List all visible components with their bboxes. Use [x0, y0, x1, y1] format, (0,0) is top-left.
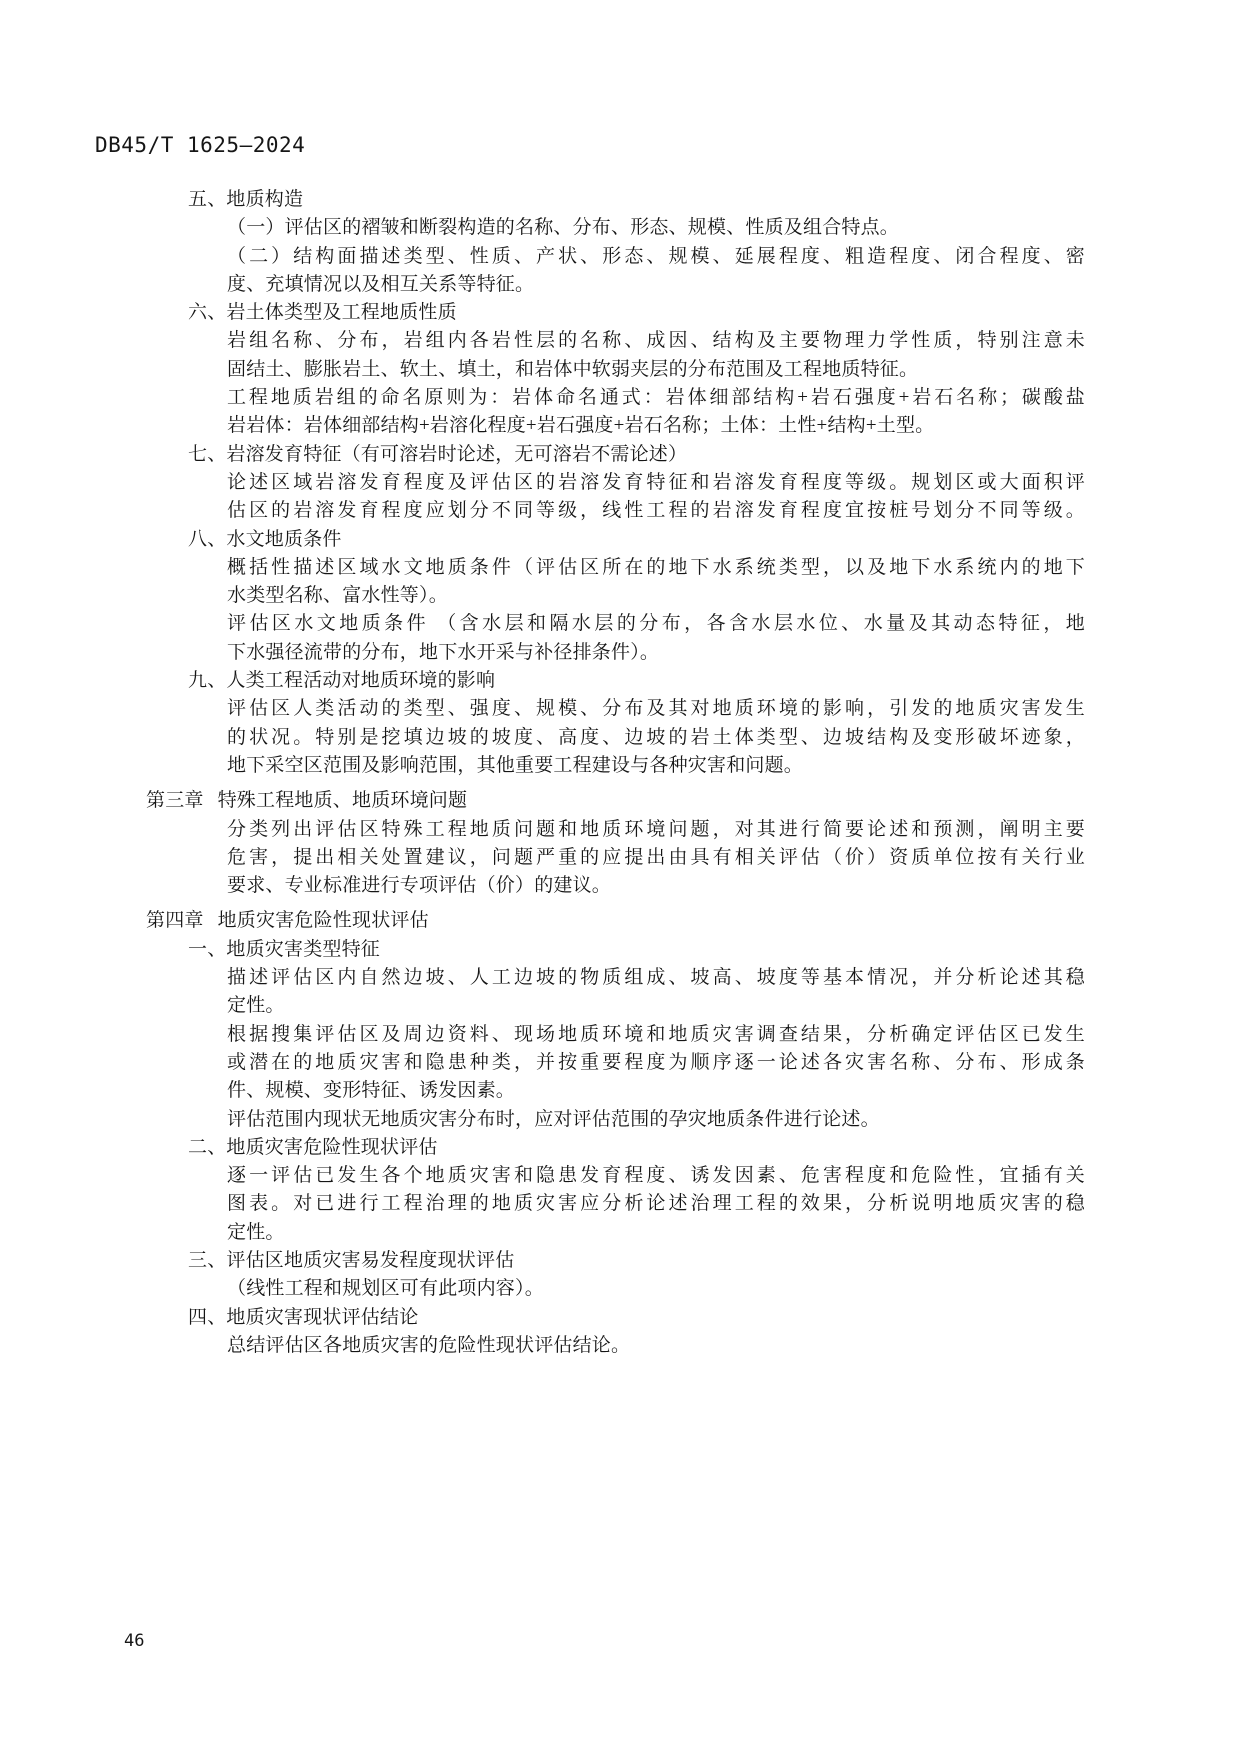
document-body: 五、地质构造（一）评估区的褶皱和断裂构造的名称、分布、形态、规模、性质及组合特点… [0, 186, 1241, 1360]
list-item-heading: 五、地质构造 [188, 186, 1241, 214]
paragraph-line: 要求、专业标准进行专项评估（价）的建议。 [227, 872, 1085, 900]
paragraph-line: 度、充填情况以及相互关系等特征。 [227, 271, 1085, 299]
paragraph-line: 危害，提出相关处置建议，问题严重的应提出由具有相关评估（价）资质单位按有关行业 [227, 844, 1085, 872]
chapter-heading: 第四章地质灾害危险性现状评估 [146, 907, 1241, 935]
paragraph-line: 或潜在的地质灾害和隐患种类，并按重要程度为顺序逐一论述各灾害名称、分布、形成条 [227, 1049, 1085, 1077]
chapter-heading: 第三章特殊工程地质、地质环境问题 [146, 787, 1241, 815]
paragraph-line: 总结评估区各地质灾害的危险性现状评估结论。 [227, 1332, 1085, 1360]
paragraph-line: （一）评估区的褶皱和断裂构造的名称、分布、形态、规模、性质及组合特点。 [227, 214, 1085, 242]
paragraph-line: 定性。 [227, 992, 1085, 1020]
document-page: DB45/T 1625—2024 五、地质构造（一）评估区的褶皱和断裂构造的名称… [0, 0, 1241, 1755]
paragraph-line: 岩组名称、分布，岩组内各岩性层的名称、成因、结构及主要物理力学性质，特别注意未 [227, 327, 1085, 355]
chapter-title: 特殊工程地质、地质环境问题 [218, 790, 468, 811]
paragraph-line: 图表。对已进行工程治理的地质灾害应分析论述治理工程的效果，分析说明地质灾害的稳 [227, 1190, 1085, 1218]
paragraph-line: 评估区水文地质条件 （含水层和隔水层的分布，各含水层水位、水量及其动态特征，地 [227, 610, 1085, 638]
paragraph-line: 件、规模、变形特征、诱发因素。 [227, 1077, 1085, 1105]
paragraph-line: 下水强径流带的分布，地下水开采与补径排条件）。 [227, 639, 1085, 667]
paragraph-line: 评估区人类活动的类型、强度、规模、分布及其对地质环境的影响，引发的地质灾害发生 [227, 695, 1085, 723]
paragraph-line: 地下采空区范围及影响范围，其他重要工程建设与各种灾害和问题。 [227, 752, 1085, 780]
list-item-heading: 六、岩土体类型及工程地质性质 [188, 299, 1241, 327]
list-item-heading: 一、地质灾害类型特征 [188, 936, 1241, 964]
paragraph-line: 根据搜集评估区及周边资料、现场地质环境和地质灾害调查结果，分析确定评估区已发生 [227, 1021, 1085, 1049]
list-item-heading: 四、地质灾害现状评估结论 [188, 1304, 1241, 1332]
list-item-heading: 三、评估区地质灾害易发程度现状评估 [188, 1247, 1241, 1275]
paragraph-line: 定性。 [227, 1219, 1085, 1247]
paragraph-line: 的状况。特别是挖填边坡的坡度、高度、边坡的岩土体类型、边坡结构及变形破坏迹象， [227, 724, 1085, 752]
chapter-label: 第三章 [146, 790, 204, 811]
paragraph-line: 岩岩体：岩体细部结构+岩溶化程度+岩石强度+岩石名称；土体：土性+结构+土型。 [227, 412, 1085, 440]
chapter-label: 第四章 [146, 910, 204, 931]
chapter-title: 地质灾害危险性现状评估 [218, 910, 429, 931]
paragraph-line: 估区的岩溶发育程度应划分不同等级，线性工程的岩溶发育程度宜按桩号划分不同等级。 [227, 497, 1085, 525]
paragraph-line: 固结土、膨胀岩土、软土、填土，和岩体中软弱夹层的分布范围及工程地质特征。 [227, 356, 1085, 384]
paragraph-line: 水类型名称、富水性等）。 [227, 582, 1085, 610]
list-item-heading: 二、地质灾害危险性现状评估 [188, 1134, 1241, 1162]
paragraph-line: 分类列出评估区特殊工程地质问题和地质环境问题，对其进行简要论述和预测，阐明主要 [227, 816, 1085, 844]
list-item-heading: 七、岩溶发育特征（有可溶岩时论述，无可溶岩不需论述） [188, 441, 1241, 469]
list-item-heading: 九、人类工程活动对地质环境的影响 [188, 667, 1241, 695]
paragraph-line: 工程地质岩组的命名原则为：岩体命名通式：岩体细部结构+岩石强度+岩石名称；碳酸盐 [227, 384, 1085, 412]
paragraph-line: 概括性描述区域水文地质条件（评估区所在的地下水系统类型，以及地下水系统内的地下 [227, 554, 1085, 582]
page-number: 46 [124, 1631, 144, 1651]
list-item-heading: 八、水文地质条件 [188, 526, 1241, 554]
paragraph-line: （二）结构面描述类型、性质、产状、形态、规模、延展程度、粗造程度、闭合程度、密 [227, 243, 1085, 271]
paragraph-line: 逐一评估已发生各个地质灾害和隐患发育程度、诱发因素、危害程度和危险性，宜插有关 [227, 1162, 1085, 1190]
paragraph-line: 论述区域岩溶发育程度及评估区的岩溶发育特征和岩溶发育程度等级。规划区或大面积评 [227, 469, 1085, 497]
paragraph-line: 描述评估区内自然边坡、人工边坡的物质组成、坡高、坡度等基本情况，并分析论述其稳 [227, 964, 1085, 992]
document-number: DB45/T 1625—2024 [95, 133, 305, 157]
paragraph-line: （线性工程和规划区可有此项内容）。 [227, 1275, 1085, 1303]
paragraph-line: 评估范围内现状无地质灾害分布时，应对评估范围的孕灾地质条件进行论述。 [227, 1106, 1085, 1134]
